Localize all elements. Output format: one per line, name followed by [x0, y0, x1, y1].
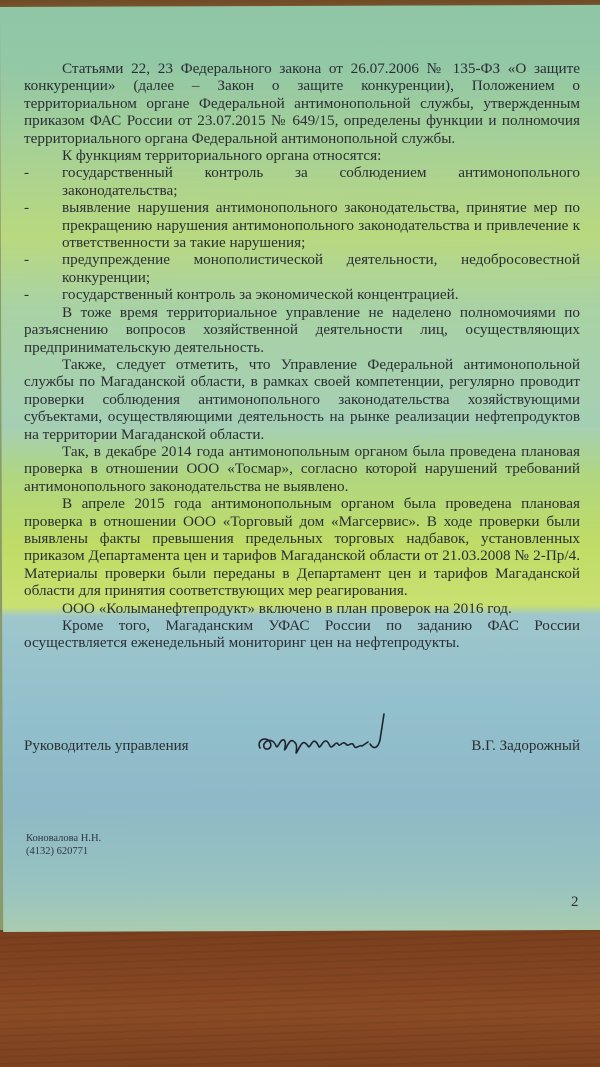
function-text: выявление нарушения антимонопольного зак…	[62, 199, 580, 251]
signature-block: Руководитель управления В.Г. Задорожный	[24, 738, 580, 762]
list-marker: -	[24, 164, 62, 199]
body-paragraph: ООО «Колыманефтепродукт» включено в план…	[24, 600, 580, 617]
handwritten-signature-icon	[252, 710, 412, 760]
document-body: Статьями 22, 23 Федерального закона от 2…	[24, 60, 580, 652]
body-paragraph: В апреле 2015 года антимонопольным орган…	[24, 495, 580, 599]
body-paragraph: Так, в декабре 2014 года антимонопольным…	[24, 443, 580, 495]
list-marker: -	[24, 286, 62, 303]
function-item: - предупреждение монополистической деяте…	[24, 251, 580, 286]
list-marker: -	[24, 251, 62, 286]
signatory-role: Руководитель управления	[24, 738, 189, 755]
body-paragraph: Также, следует отметить, что Управление …	[24, 356, 580, 443]
body-paragraph: Кроме того, Магаданским УФАС России по з…	[24, 617, 580, 652]
signatory-name: В.Г. Задорожный	[471, 738, 580, 755]
function-text: государственный контроль за соблюдением …	[62, 164, 580, 199]
executor-info: Коновалова Н.Н. (4132) 620771	[26, 832, 101, 858]
page-number: 2	[571, 894, 579, 911]
executor-name: Коновалова Н.Н.	[26, 832, 101, 845]
functions-heading: К функциям территориального органа относ…	[24, 147, 580, 164]
intro-paragraph: Статьями 22, 23 Федерального закона от 2…	[24, 60, 580, 147]
list-marker: -	[24, 199, 62, 251]
function-text: государственный контроль за экономическо…	[62, 286, 580, 303]
wooden-table-background	[0, 930, 600, 1067]
function-text: предупреждение монополистической деятель…	[62, 251, 580, 286]
body-paragraph: В тоже время территориальное управление …	[24, 304, 580, 356]
executor-phone: (4132) 620771	[26, 845, 101, 858]
function-item: - государственный контроль за экономичес…	[24, 286, 580, 303]
function-item: - выявление нарушения антимонопольного з…	[24, 199, 580, 251]
function-item: - государственный контроль за соблюдение…	[24, 164, 580, 199]
